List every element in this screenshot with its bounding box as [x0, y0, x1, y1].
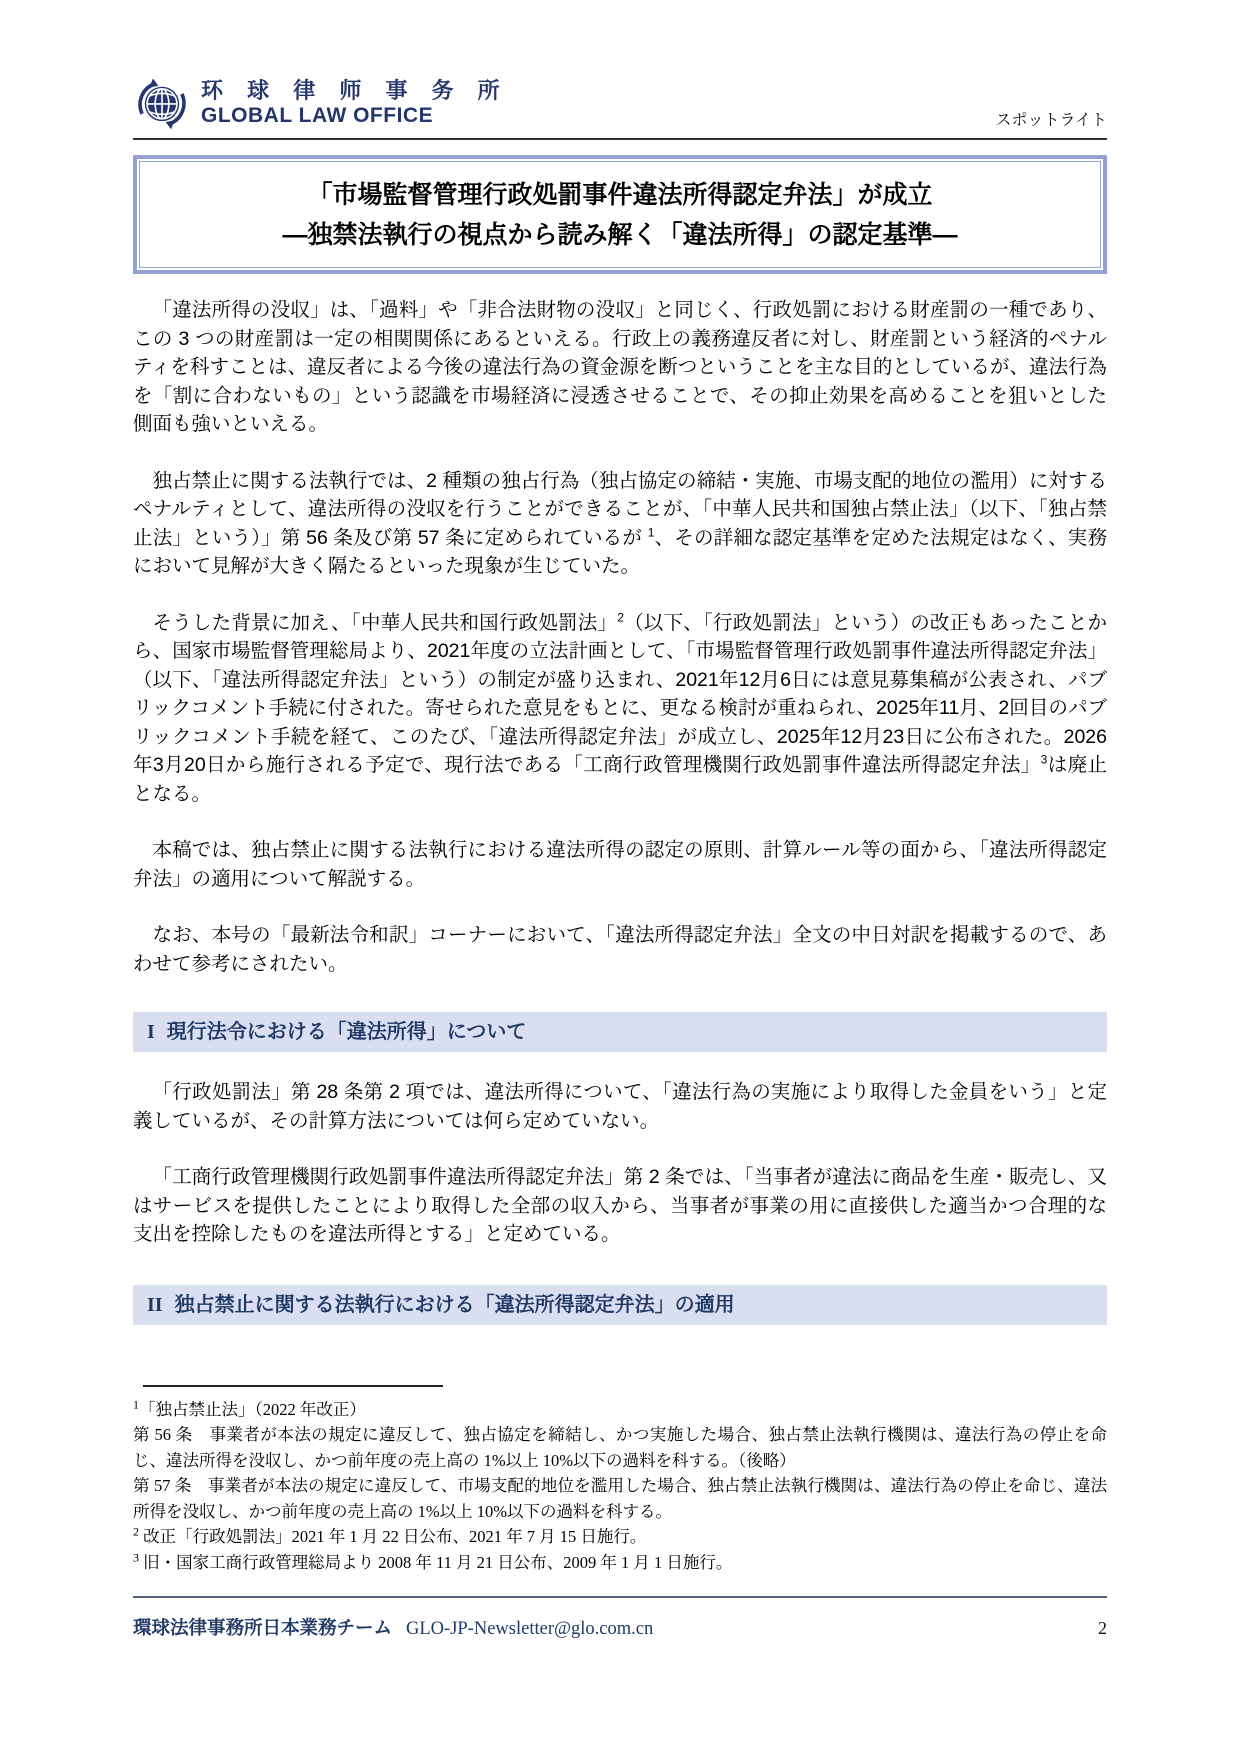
footnote-2-text: 改正「行政処罰法」2021 年 1 月 22 日公布、2021 年 7 月 15… — [143, 1527, 646, 1546]
section-2-numeral: II — [147, 1294, 163, 1316]
paragraph-3-text: そうした背景に加え、「中華人民共和国行政処罰法」 — [153, 612, 618, 634]
section-1-numeral: I — [147, 1021, 155, 1043]
footer-contact: 環球法律事務所日本業務チームGLO-JP-Newsletter@glo.com.… — [133, 1614, 653, 1640]
footnote-separator — [143, 1385, 443, 1387]
footnote-2-marker: 2 — [133, 1525, 139, 1539]
newsletter-section-tagline: スポットライト — [995, 107, 1107, 132]
article-title-line2: ―独禁法執行の視点から読み解く「違法所得」の認定基準― — [150, 215, 1090, 255]
firm-name-english: GLOBAL LAW OFFICE — [201, 104, 509, 128]
section-heading-1: I現行法令における「違法所得」について — [133, 1012, 1107, 1052]
section-1-paragraph-2: 「工商行政管理機関行政処罰事件違法所得認定弁法」第 2 条では、「当事者が違法に… — [133, 1163, 1107, 1249]
footnote-1-article56: 第 56 条 事業者が本法の規定に違反して、独占協定を締結し、かつ実施した場合、… — [133, 1422, 1107, 1473]
footnote-3-marker: 3 — [133, 1550, 139, 1564]
page-header: 环 球 律 师 事 务 所 GLOBAL LAW OFFICE スポットライト — [133, 0, 1107, 140]
section-heading-2: II独占禁止に関する法執行における「違法所得認定弁法」の適用 — [133, 1285, 1107, 1325]
footnote-2: 2 改正「行政処罰法」2021 年 1 月 22 日公布、2021 年 7 月 … — [133, 1524, 1107, 1550]
page-number: 2 — [1098, 1618, 1107, 1639]
footnote-1: 1「独占禁止法」（2022 年改正） — [133, 1397, 1107, 1423]
paragraph-1: 「違法所得の没収」は、「過料」や「非合法財物の没収」と同じく、行政処罰における財… — [133, 296, 1107, 439]
paragraph-4: 本稿では、独占禁止に関する法執行における違法所得の認定の原則、計算ルール等の面か… — [133, 836, 1107, 893]
article-title-box: 「市場監督管理行政処罰事件違法所得認定弁法」が成立 ―独禁法執行の視点から読み解… — [133, 155, 1107, 274]
section-1-body: 「行政処罰法」第 28 条第 2 項では、違法所得について、「違法行為の実施によ… — [133, 1078, 1107, 1249]
article-title: 「市場監督管理行政処罰事件違法所得認定弁法」が成立 ―独禁法執行の視点から読み解… — [139, 161, 1101, 268]
page-footer: 環球法律事務所日本業務チームGLO-JP-Newsletter@glo.com.… — [133, 1596, 1107, 1640]
article-body: 「違法所得の没収」は、「過料」や「非合法財物の没収」と同じく、行政処罰における財… — [133, 296, 1107, 978]
footer-team-name: 環球法律事務所日本業務チーム — [133, 1619, 392, 1639]
footnote-3: 3 旧・国家工商行政管理総局より 2008 年 11 月 21 日公布、2009… — [133, 1550, 1107, 1576]
paragraph-3: そうした背景に加え、「中華人民共和国行政処罰法」2（以下、「行政処罰法」という）… — [133, 609, 1107, 809]
paragraph-5: なお、本号の「最新法令和訳」コーナーにおいて、「違法所得認定弁法」全文の中日対訳… — [133, 921, 1107, 978]
document-page: 环 球 律 师 事 务 所 GLOBAL LAW OFFICE スポットライト … — [0, 0, 1240, 1754]
footnote-ref-2: 2 — [617, 610, 624, 624]
footnote-1-article57: 第 57 条 事業者が本法の規定に違反して、市場支配的地位を濫用した場合、独占禁… — [133, 1473, 1107, 1524]
section-1-paragraph-1: 「行政処罰法」第 28 条第 2 項では、違法所得について、「違法行為の実施によ… — [133, 1078, 1107, 1135]
footnote-3-text: 旧・国家工商行政管理総局より 2008 年 11 月 21 日公布、2009 年… — [143, 1553, 732, 1572]
article-title-line1: 「市場監督管理行政処罰事件違法所得認定弁法」が成立 — [150, 175, 1090, 215]
firm-logo: 环 球 律 师 事 务 所 GLOBAL LAW OFFICE — [133, 74, 509, 132]
firm-name: 环 球 律 师 事 务 所 GLOBAL LAW OFFICE — [201, 79, 509, 127]
paragraph-2: 独占禁止に関する法執行では、2 種類の独占行為（独占協定の締結・実施、市場支配的… — [133, 467, 1107, 581]
footnotes: 1「独占禁止法」（2022 年改正） 第 56 条 事業者が本法の規定に違反して… — [133, 1397, 1107, 1576]
paragraph-3-text-mid: （以下、「行政処罰法」という）の改正もあったことから、国家市場監督管理総局より、… — [133, 612, 1107, 777]
firm-name-chinese: 环 球 律 师 事 务 所 — [201, 79, 509, 104]
section-2-label: 独占禁止に関する法執行における「違法所得認定弁法」の適用 — [175, 1294, 735, 1316]
section-1-label: 現行法令における「違法所得」について — [167, 1021, 527, 1043]
footer-email: GLO-JP-Newsletter@glo.com.cn — [406, 1619, 653, 1639]
footnote-1-text: 「独占禁止法」（2022 年改正） — [139, 1400, 366, 1419]
globe-logo-icon — [133, 74, 191, 132]
